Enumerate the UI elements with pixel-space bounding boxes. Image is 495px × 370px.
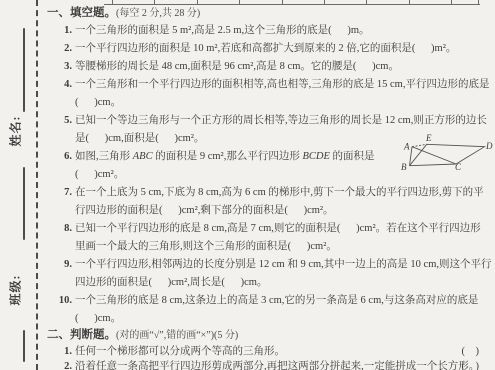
paper-content: 一、填空题。(每空 2 分,共 28 分) 1.一个三角形的面积是 5 m²,高… xyxy=(47,4,491,370)
question-text: ( )cm。 xyxy=(75,313,121,324)
question-number: 8. xyxy=(47,220,72,238)
question-text: 在一个上底为 5 cm,下底为 8 cm,高为 6 cm 的梯形中,剪下一个最大… xyxy=(75,187,484,198)
answer-blank: ( ) xyxy=(462,344,480,360)
class-blank-line xyxy=(23,167,25,240)
question-3: 3.等腰梯形的周长是 48 cm,面积是 96 cm²,高是 8 cm。它的腰是… xyxy=(47,58,491,76)
name-label: 姓名: xyxy=(7,116,24,147)
question-9: 9.一个平行四边形,相邻两边的长度分别是 12 cm 和 9 cm,其中一边上的… xyxy=(47,256,491,274)
question-8: 8.已知一个平行四边形的底是 8 cm,高是 7 cm,则它的面积是( )cm²… xyxy=(47,220,491,238)
question-7: 7.在一个上底为 5 cm,下底为 8 cm,高为 6 cm 的梯形中,剪下一个… xyxy=(47,184,491,202)
question-text: 一个平行四边形的面积是 10 m²,若底和高都扩大到原来的 2 倍,它的面积是(… xyxy=(75,43,456,54)
question-number: 1. xyxy=(47,22,72,40)
question-text: 一个三角形的面积是 5 m²,高是 2.5 m,这个三角形的底是( )m。 xyxy=(75,25,370,36)
section1-note: (每空 2 分,共 28 分) xyxy=(116,8,200,19)
question-text: 行四边形的面积是( )cm²,剩下部分的面积是( )cm²。 xyxy=(75,205,334,216)
point-label-B: B xyxy=(401,162,407,172)
question-6-figure: A E D B C xyxy=(395,131,495,183)
question-2: 2.一个平行四边形的面积是 10 m²,若底和高都扩大到原来的 2 倍,它的面积… xyxy=(47,40,491,58)
question-text: ( )cm。 xyxy=(75,97,121,108)
question-number: 9. xyxy=(47,256,72,274)
class-label: 班级: xyxy=(7,275,24,306)
section2-title: 二、判断题。 xyxy=(47,329,116,341)
question-text: ( )cm²。 xyxy=(75,169,124,180)
judge-question-1: 1.任何一个梯形都可以分成两个等高的三角形。( ) xyxy=(47,344,491,360)
question-9-continued: 四边形的面积是( )cm²,周长是( )cm。 xyxy=(47,274,491,292)
triangle-name: ABC xyxy=(133,151,153,162)
question-text: 一个平行四边形,相邻两边的长度分别是 12 cm 和 9 cm,其中一边上的高是… xyxy=(75,259,491,270)
question-number: 5. xyxy=(47,112,72,130)
segment-AC xyxy=(412,147,456,164)
question-text: 里画一个最大的三角形,则这个三角形的面积是( )cm²。 xyxy=(75,241,337,252)
question-text: 一个三角形和一个平行四边形的面积相等,高也相等,三角形的底是 15 cm,平行四… xyxy=(75,79,489,90)
section2-note: (对的画“√”,错的画“×”)(5 分) xyxy=(116,330,238,341)
question-text: 四边形的面积是( )cm²,周长是( )cm。 xyxy=(75,277,267,288)
judge-question-2: 2.沿着任意一条高把平行四边形剪成两部分,再把这两部分拼起来,一定能拼成一个长方… xyxy=(47,359,491,370)
question-number: 2. xyxy=(47,40,72,58)
point-label-A: A xyxy=(403,142,410,152)
point-label-E: E xyxy=(425,133,432,143)
question-text: 已知一个平行四边形的底是 8 cm,高是 7 cm,则它的面积是( )cm²。若… xyxy=(75,223,481,234)
parallelogram-BCDE xyxy=(410,144,485,165)
answer-blank: ( ) xyxy=(462,359,480,370)
parallelogram-name: BCDE xyxy=(302,151,329,162)
question-7-continued: 行四边形的面积是( )cm²,剩下部分的面积是( )cm²。 xyxy=(47,202,491,220)
question-number: 10. xyxy=(47,292,72,310)
section2-heading: 二、判断题。(对的画“√”,错的画“×”)(5 分) xyxy=(47,328,491,344)
question-4: 4.一个三角形和一个平行四边形的面积相等,高也相等,三角形的底是 15 cm,平… xyxy=(47,76,491,94)
bottom-blank-line xyxy=(23,330,25,362)
question-number: 6. xyxy=(47,148,72,166)
question-text: 沿着任意一条高把平行四边形剪成两部分,再把这两部分拼起来,一定能拼成一个长方形。 xyxy=(75,361,479,370)
question-8-continued: 里画一个最大的三角形,则这个三角形的面积是( )cm²。 xyxy=(47,238,491,256)
point-label-D: D xyxy=(485,141,493,151)
question-number: 2. xyxy=(47,359,72,370)
question-text: 等腰梯形的周长是 48 cm,面积是 96 cm²,高是 8 cm。它的腰是( … xyxy=(75,61,399,72)
question-text: 如图,三角形 xyxy=(75,151,133,162)
exam-paper-scan: 姓名: 班级: 一、填空题。(每空 2 分,共 28 分) 1.一个三角形的面积… xyxy=(0,0,495,370)
name-blank-line xyxy=(23,28,25,112)
question-number: 1. xyxy=(47,344,72,360)
question-text: 的面积是 9 cm²,那么平行四边形 xyxy=(153,151,303,162)
point-label-C: C xyxy=(455,162,462,172)
section1-title: 一、填空题。 xyxy=(47,7,116,19)
question-text: 任何一个梯形都可以分成两个等高的三角形。 xyxy=(75,346,285,357)
question-text: 已知一个等边三角形与一个正方形的周长相等,等边三角形的周长是 12 cm,则正方… xyxy=(75,115,487,126)
section1-heading: 一、填空题。(每空 2 分,共 28 分) xyxy=(47,4,491,22)
question-10: 10.一个三角形的底是 8 cm,这条边上的高是 3 cm,它的另一条高是 6 … xyxy=(47,292,491,310)
question-text: 的面积是 xyxy=(330,151,375,162)
question-4-continued: ( )cm。 xyxy=(47,94,491,112)
question-number: 4. xyxy=(47,76,72,94)
question-text: 一个三角形的底是 8 cm,这条边上的高是 3 cm,它的另一条高是 6 cm,… xyxy=(75,295,478,306)
question-5: 5.已知一个等边三角形与一个正方形的周长相等,等边三角形的周长是 12 cm,则… xyxy=(47,112,491,130)
question-number: 7. xyxy=(47,184,72,202)
question-number: 3. xyxy=(47,58,72,76)
seal-dashed-line xyxy=(36,0,38,370)
question-10-continued: ( )cm。 xyxy=(47,310,491,328)
question-text: 是( )cm,面积是( )cm²。 xyxy=(75,133,204,144)
question-1: 1.一个三角形的面积是 5 m²,高是 2.5 m,这个三角形的底是( )m。 xyxy=(47,22,491,40)
